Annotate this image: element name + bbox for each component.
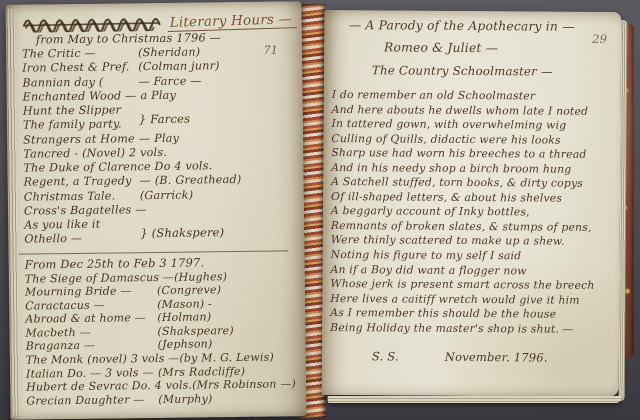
work-note: (Mason) - [157,297,212,311]
work-note [212,159,216,173]
work-title: Hunt the Slipper [23,103,135,119]
signature-initials: S. S. [372,350,399,364]
work-title: Strangers at Home [23,132,135,148]
work-note: — (B. Greathead) [136,173,242,189]
section-title: Literary Hours — [167,11,296,32]
work-note: — Play [135,131,179,146]
work-note: (Shakspeare) [157,324,234,339]
scribbled-out-text [22,15,162,33]
signature-date: November. 1796. [445,350,548,365]
left-page: 71 Literary Hours — from May to Christma… [5,1,306,420]
poem-line: I do remember an old Schoolmaster [332,88,609,104]
work-title: Bannian day ( [22,75,134,91]
work-note: a Play [136,88,176,103]
poem-heading: — A Parody of the Apothecary in — [332,18,609,34]
right-page: 29 — A Parody of the Apothecary in — Rom… [322,10,622,397]
manuscript-photo: 71 Literary Hours — from May to Christma… [0,0,640,420]
right-page-number: 29 [592,32,607,46]
work-title: Enchanted Wood — [23,89,137,105]
poem-line: In tattered gown, with overwhelming wig [331,117,608,133]
work-note: } Farces [135,112,190,127]
poem-body: I do remember an old Schoolmaster And he… [330,88,609,337]
work-note: — Farce — [134,74,201,89]
work-note: (Hughes) [174,270,227,284]
poem-title: The Country Schoolmaster — [372,63,609,79]
poem-subheading: Romeo & Juliet — [384,40,609,56]
poem-line: As I remember this should be the house [330,306,607,322]
signature-row: S. S. November. 1796. [330,349,607,365]
list-item: Grecian Daughter —(Murphy) [26,391,296,408]
work-title: Regent, a Tragedy [24,174,136,190]
list-item: Othello —} (Shakspere) [24,230,294,248]
title-row: Literary Hours — [22,9,292,32]
work-note: (Mrs Radcliffe) [158,365,245,380]
work-note: (Sheridan) [134,45,200,60]
work-title: Othello — [24,231,136,247]
work-note: (Holman) [157,311,211,325]
poem-line: Whose jerk is present smart across the b… [330,277,607,293]
work-note: } (Shakspere) [136,225,224,240]
work-title: The family party. [23,118,135,134]
work-title: As you like it [24,217,136,233]
work-note: (Congreve) [157,283,221,297]
poem-line: Noting his figure to my self I said [331,248,608,264]
work-title: Grecian Daughter — [26,393,158,408]
poem-line: Sharp use had worn his breeches to a thr… [331,146,608,162]
work-note: (Mrs Robinson —) [192,378,296,393]
poem-line: Being Holiday the master's shop is shut.… [330,321,607,337]
work-title: Christmas Tale. [24,189,136,205]
work-note [167,146,171,160]
work-note: (Murphy) [158,392,212,406]
work-note: (by M. G. Lewis) [179,351,274,366]
work-note: (Garrick) [136,188,194,203]
work-note: (Jephson) [158,338,213,352]
works-list-1: The Critic —(Sheridan) Iron Chest & Pref… [22,44,294,247]
work-note [147,203,151,217]
work-title: Cross's Bagatelles — [24,203,147,219]
left-page-number: 71 [264,43,279,56]
work-note: (Colman junr) [134,59,220,74]
work-title: Iron Chest & Pref. [22,61,134,77]
work-title: The Critic — [22,46,134,62]
works-list-2: The Siege of Damascus —(Hughes) Mourning… [25,269,297,408]
